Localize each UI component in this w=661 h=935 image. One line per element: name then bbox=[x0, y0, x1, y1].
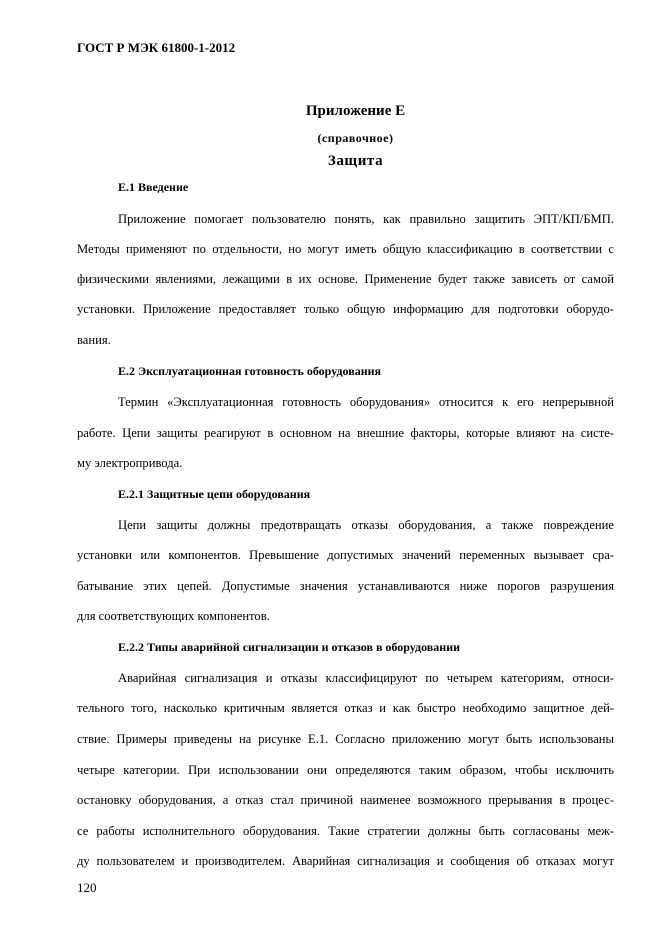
paragraph-line: Приложение помогает пользователю понять,… bbox=[118, 211, 614, 227]
paragraph-line: для соответствующих компонентов. bbox=[77, 608, 614, 624]
paragraph-line: Методы применяют по отдельности, но могу… bbox=[77, 241, 614, 257]
paragraph-line: работе. Цепи защиты реагируют в основном… bbox=[77, 425, 614, 441]
annex-name: Защита bbox=[25, 153, 661, 170]
paragraph-line: четыре категории. При использовании они … bbox=[77, 762, 614, 778]
paragraph-line: ду пользователем и производителем. Авари… bbox=[77, 853, 614, 869]
paragraph-line: установки. Приложение предоставляет толь… bbox=[77, 301, 614, 317]
section-heading-e2: E.2 Эксплуатационная готовность оборудов… bbox=[118, 364, 381, 379]
paragraph-line: остановку оборудования, а отказ стал при… bbox=[77, 792, 614, 808]
section-heading-e1: E.1 Введение bbox=[118, 180, 188, 195]
paragraph-line: вания. bbox=[77, 332, 614, 348]
annex-title: Приложение E bbox=[25, 103, 661, 120]
paragraph-line: Цепи защиты должны предотвращать отказы … bbox=[118, 517, 614, 533]
section-heading-e2-2: E.2.2 Типы аварийной сигнализации и отка… bbox=[118, 640, 460, 655]
page-number: 120 bbox=[77, 880, 97, 896]
paragraph-line: тельного того, насколько критичным являе… bbox=[77, 700, 614, 716]
section-heading-e2-1: E.2.1 Защитные цепи оборудования bbox=[118, 487, 310, 502]
paragraph-line: Аварийная сигнализация и отказы классифи… bbox=[118, 670, 614, 686]
paragraph-line: ствие. Примеры приведены на рисунке E.1.… bbox=[77, 731, 614, 747]
paragraph-line: установки или компонентов. Превышение до… bbox=[77, 547, 614, 563]
paragraph-line: му электропривода. bbox=[77, 455, 614, 471]
paragraph-line: батывание этих цепей. Допустимые значени… bbox=[77, 578, 614, 594]
paragraph-line: се работы исполнительного оборудования. … bbox=[77, 823, 614, 839]
annex-status: (справочное) bbox=[25, 131, 661, 146]
paragraph-line: Термин «Эксплуатационная готовность обор… bbox=[118, 394, 614, 410]
paragraph-line: физическими явлениями, лежащими в их осн… bbox=[77, 271, 614, 287]
document-header: ГОСТ Р МЭК 61800-1-2012 bbox=[77, 40, 235, 56]
